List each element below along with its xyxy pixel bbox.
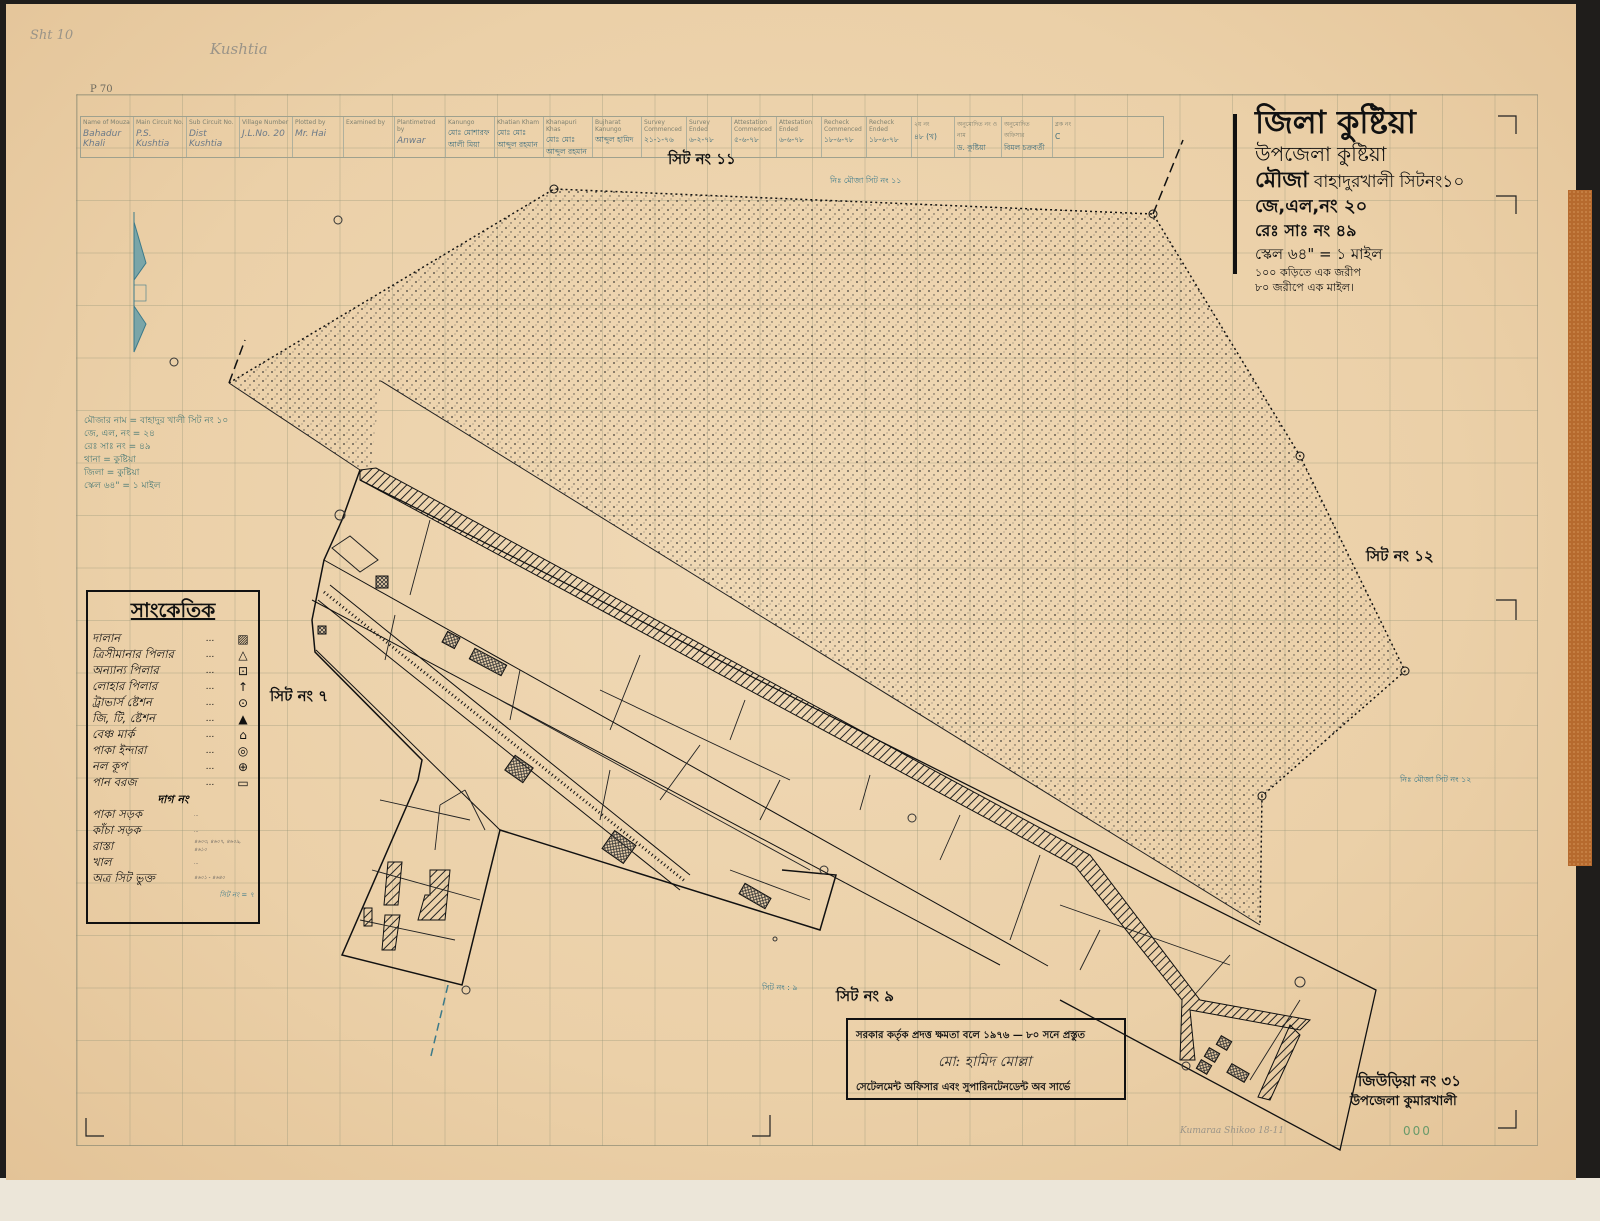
reg-number: রেঃ সাঃ নং ৪৯ [1255,219,1535,243]
other-pillar-icon: ⊡ [232,664,254,678]
betel-garden-icon: ▭ [232,776,254,790]
tubewell-icon: ⊕ [232,760,254,774]
certification-box: সরকার কর্তৃক প্রদত্ত ক্ষমতা বলে ১৯৭৬ — ৮… [846,1018,1126,1100]
stamp-mark: 000 [1403,1124,1432,1138]
sheet-label-southeast-sub: উপজেলা কুমারখালী [1350,1092,1457,1113]
bench-mark-icon: ⌂ [232,728,254,742]
title-block: জিলা কুষ্টিয়া উপজেলা কুষ্টিয়া মৌজা বাহ… [1255,104,1535,295]
legend-item: পান বরজ...▭ [88,775,258,791]
legend-title: সাংকেতিক [88,596,258,629]
sheet-label-west: সিট নং ৭ [270,685,328,710]
sheet-label-south: সিট নং ৯ [836,985,894,1010]
officer-title: সেটেলমেন্ট অফিসার এবং সুপারিনটেনডেন্ট অব… [856,1080,1124,1097]
map-legend: সাংকেতিক দালান...▨ ত্রিসীমানার পিলার...△… [86,590,260,924]
legend-item: অত্র সিট ভুক্ত৪৬০১ - ৪৬৪০ [88,871,258,887]
certification-text: সরকার কর্তৃক প্রদত্ত ক্ষমতা বলে ১৯৭৬ — ৮… [856,1028,1124,1045]
district-title: জিলা কুষ্টিয়া [1255,104,1535,140]
traverse-station-icon: ⊙ [232,696,254,710]
scale-note-2: ৮০ জরীপে এক মাইল। [1255,280,1535,295]
upazila-title: উপজেলা কুষ্টিয়া [1255,140,1535,168]
pencil-note-bottom: Kumaraa Shikoo 18-11 [1180,1126,1284,1136]
tri-junction-pillar-icon: △ [232,648,254,662]
sheet-label-east-small: নিঃ মৌজা সিট নং ১২ [1400,774,1472,787]
title-ornament [1233,114,1237,274]
officer-signature: মো: হামিদ মোল্লা [938,1050,1124,1074]
jl-number: জে,এল,নং ২০ [1255,195,1535,219]
gt-station-icon: ▲ [232,712,254,726]
sheet-label-north: সিট নং ১১ [668,148,736,173]
map-scale: স্কেল ৬৪" = ১ মাইল [1255,243,1535,265]
building-icon: ▨ [232,632,254,646]
mouza-title: মৌজা বাহাদুরখালী সিটনং১০ [1255,168,1535,195]
sheet-label-east: সিট নং ১২ [1366,545,1434,570]
scale-note-1: ১০০ কড়িতে এক জরীপ [1255,265,1535,280]
pucca-well-icon: ◎ [232,744,254,758]
north-arrow-icon [134,212,146,352]
sheet-label-south-small: সিট নং : ৯ [762,982,798,995]
iron-pillar-icon: ↑ [232,680,254,694]
legend-footnote: সিট নং = ৭ [88,887,258,903]
sheet-label-north-small: নিঃ মৌজা সিট নং ১১ [830,175,902,188]
pencil-notes: মৌজার নাম = বাহাদুর খালী সিট নং ১০ জে, এ… [84,415,228,493]
